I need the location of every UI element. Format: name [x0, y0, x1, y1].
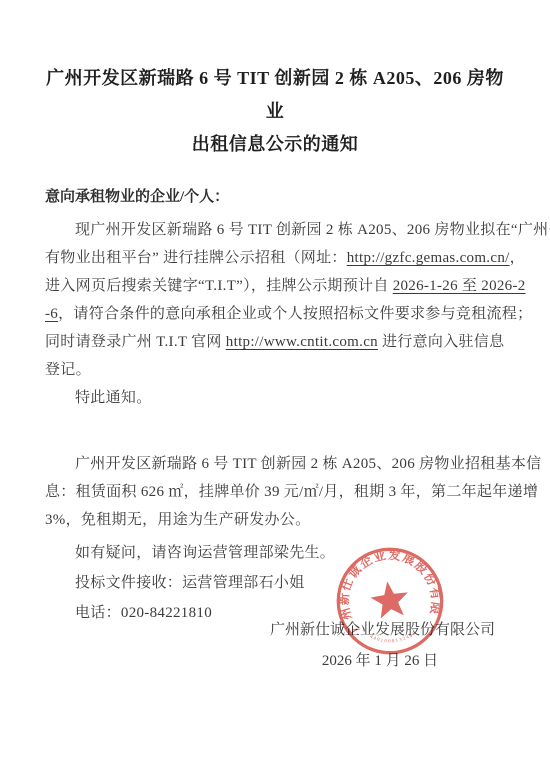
text-segment: 进行意向入驻信息 [378, 334, 504, 350]
paragraph-announcement: 现广州开发区新瑞路 6 号 TIT 创新园 2 栋 A205、206 房物业拟在… [45, 216, 505, 384]
text-line: 同时请登录广州 T.I.T 官网 http://www.cntit.com.cn… [45, 328, 505, 356]
text-segment: 同时请登录广州 T.I.T 官网 [45, 334, 226, 350]
text-segment: 投标文件接收：运营管理部石小姐 [75, 575, 305, 591]
text-line: 进入网页后搜索关键字“T.I.T”），挂牌公示期预计自 2026-1-26 至 … [45, 272, 505, 300]
text-line: 如有疑问，请咨询运营管理部梁先生。 [45, 538, 505, 568]
text-line: 3%，免租期无，用途为生产研发办公。 [45, 506, 505, 534]
signature-date: 2026 年 1 月 26 日 [265, 651, 495, 671]
signature-block: 广州新仕诚企业发展股份有限公司 2026 年 1 月 26 日 [265, 620, 495, 671]
text-line: 广州开发区新瑞路 6 号 TIT 创新园 2 栋 A205、206 房物业招租基… [45, 450, 505, 478]
text-line: 息：租赁面积 626 ㎡，挂牌单价 39 元/㎡/月，租期 3 年，第二年起年递… [45, 478, 505, 506]
underlined-text: 2026-1-26 至 2026-2 [393, 278, 526, 294]
hyperlink-url[interactable]: http://gzfc.gemas.com.cn/ [347, 250, 510, 266]
underlined-text: -6 [45, 306, 58, 322]
text-segment: 现广州开发区新瑞路 6 号 TIT 创新园 2 栋 A205、206 房物业拟在… [75, 222, 550, 238]
text-segment: 电话：020-84221810 [75, 605, 212, 621]
text-line: 有物业出租平台” 进行挂牌公示招租（网址：http://gzfc.gemas.c… [45, 244, 505, 272]
text-segment: 进入网页后搜索关键字“T.I.T”），挂牌公示期预计自 [45, 278, 393, 294]
title-line-1: 广州开发区新瑞路 6 号 TIT 创新园 2 栋 A205、206 房物业 [46, 68, 504, 121]
text-segment: 登记。 [45, 362, 91, 378]
paragraph-contact: 如有疑问，请咨询运营管理部梁先生。投标文件接收：运营管理部石小姐电话：020-8… [45, 538, 505, 628]
text-line: 登记。 [45, 356, 505, 384]
title-line-2: 出租信息公示的通知 [192, 134, 359, 154]
text-segment: 广州开发区新瑞路 6 号 TIT 创新园 2 栋 A205、206 房物业招租基… [75, 456, 541, 472]
document-title: 广州开发区新瑞路 6 号 TIT 创新园 2 栋 A205、206 房物业 出租… [45, 62, 505, 161]
text-segment: 息：租赁面积 626 ㎡，挂牌单价 39 元/㎡/月，租期 3 年，第二年起年递… [45, 484, 538, 500]
document-page: 广州开发区新瑞路 6 号 TIT 创新园 2 栋 A205、206 房物业 出租… [0, 0, 550, 779]
text-line: 特此通知。 [45, 384, 505, 412]
salutation: 意向承租物业的企业/个人： [45, 187, 505, 207]
paragraph-notice: 特此通知。 [45, 384, 505, 412]
text-segment: 有物业出租平台” 进行挂牌公示招租（网址： [45, 250, 347, 266]
hyperlink-url[interactable]: http://www.cntit.com.cn [226, 334, 378, 350]
text-segment: 特此通知。 [75, 390, 152, 406]
document-body: 现广州开发区新瑞路 6 号 TIT 创新园 2 栋 A205、206 房物业拟在… [45, 216, 505, 628]
text-line: -6，请符合条件的意向承租企业或个人按照招标文件要求参与竞租流程； [45, 300, 505, 328]
text-segment: ， [510, 250, 525, 266]
text-segment: 3%，免租期无，用途为生产研发办公。 [45, 512, 310, 528]
text-segment: ，请符合条件的意向承租企业或个人按照招标文件要求参与竞租流程； [58, 306, 532, 322]
text-segment: 如有疑问，请咨询运营管理部梁先生。 [75, 545, 335, 561]
signature-company-name: 广州新仕诚企业发展股份有限公司 [265, 620, 495, 640]
text-line: 现广州开发区新瑞路 6 号 TIT 创新园 2 栋 A205、206 房物业拟在… [45, 216, 505, 244]
text-line: 投标文件接收：运营管理部石小姐 [45, 568, 505, 598]
paragraph-basic-info: 广州开发区新瑞路 6 号 TIT 创新园 2 栋 A205、206 房物业招租基… [45, 450, 505, 534]
